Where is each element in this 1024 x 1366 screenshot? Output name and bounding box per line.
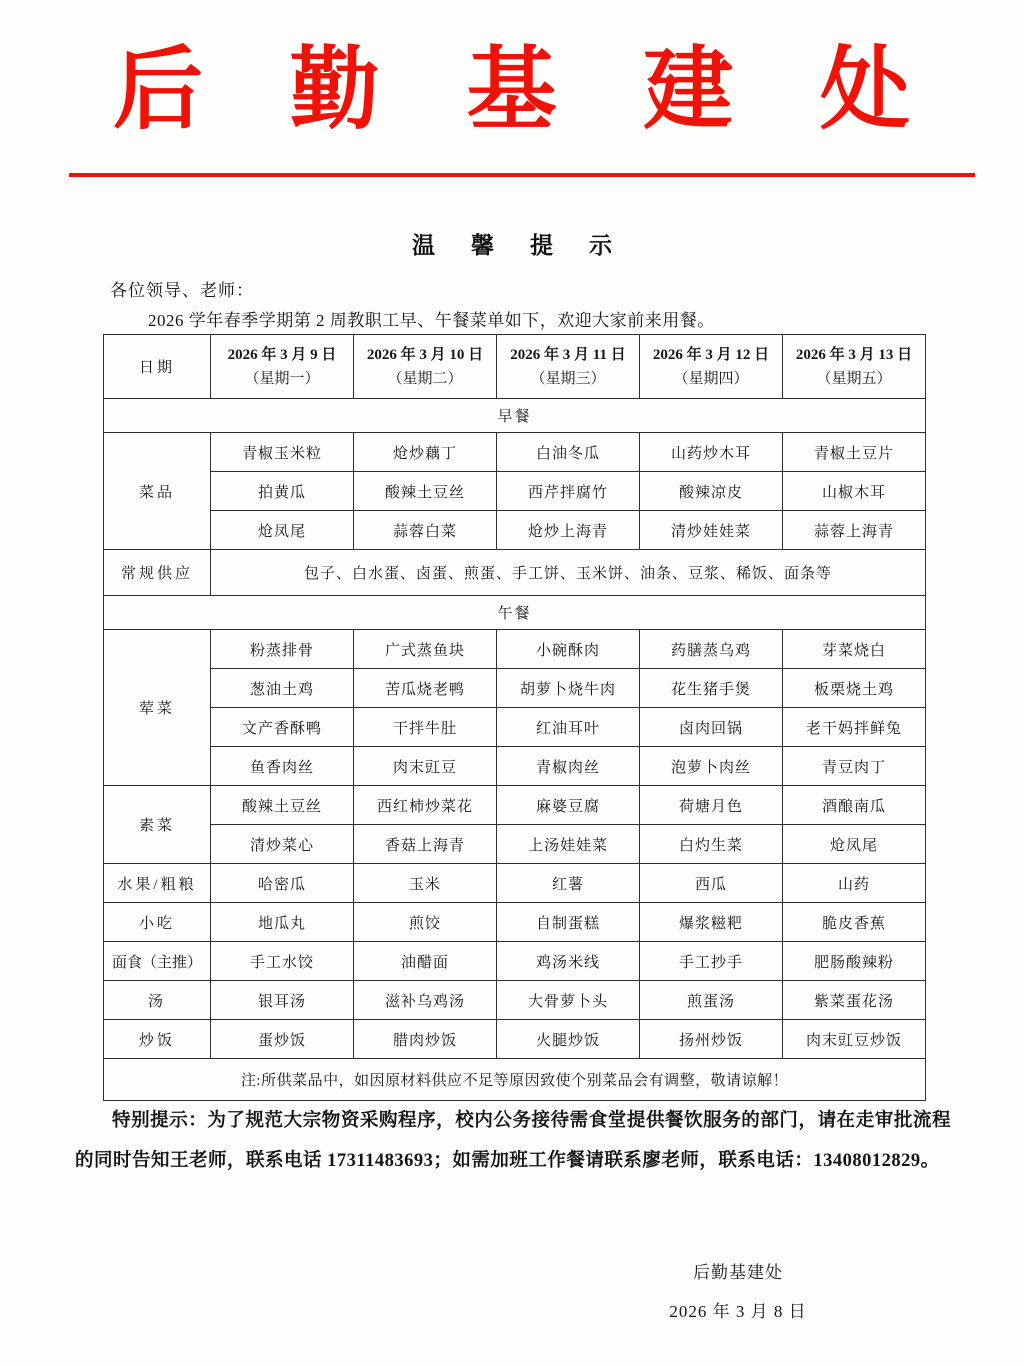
date-cell: 2026 年 3 月 10 日 （星期二） xyxy=(354,335,497,399)
table-row-breakfast-banner: 早餐 xyxy=(104,399,926,433)
menu-cell: 葱油土鸡 xyxy=(211,669,354,708)
menu-cell: 干拌牛肚 xyxy=(354,708,497,747)
menu-cell: 青椒土豆片 xyxy=(783,433,926,472)
menu-cell: 火腿炒饭 xyxy=(497,1020,640,1059)
regular-supply-label-cell: 常规供应 xyxy=(104,550,211,596)
masthead-char: 后 xyxy=(113,44,203,138)
date-text: 2026 年 3 月 10 日 xyxy=(356,343,494,367)
menu-cell: 红油耳叶 xyxy=(497,708,640,747)
date-cell: 2026 年 3 月 13 日 （星期五） xyxy=(783,335,926,399)
dishes-label-cell: 菜品 xyxy=(104,433,211,550)
signature-department: 后勤基建处 xyxy=(693,1258,783,1283)
menu-cell: 白灼生菜 xyxy=(640,825,783,864)
notice-title: 温 馨 提 示 xyxy=(0,227,1024,260)
menu-cell: 泡萝卜肉丝 xyxy=(640,747,783,786)
special-notice: 特别提示：为了规范大宗物资采购程序，校内公务接待需食堂提供餐饮服务的部门，请在走… xyxy=(75,1102,951,1181)
snack-label-cell: 小吃 xyxy=(104,903,211,942)
menu-cell: 荷塘月色 xyxy=(640,786,783,825)
menu-cell: 炝凤尾 xyxy=(783,825,926,864)
menu-cell: 清炒菜心 xyxy=(211,825,354,864)
menu-cell: 煎饺 xyxy=(354,903,497,942)
menu-cell: 粉蒸排骨 xyxy=(211,630,354,669)
menu-cell: 肉末豇豆 xyxy=(354,747,497,786)
menu-cell: 煎蛋汤 xyxy=(640,981,783,1020)
masthead-title: 后 勤 基 建 处 xyxy=(113,44,910,138)
menu-cell: 清炒娃娃菜 xyxy=(640,511,783,550)
table-row-lunch-banner: 午餐 xyxy=(104,596,926,630)
menu-cell: 小碗酥肉 xyxy=(497,630,640,669)
menu-cell: 芽菜烧白 xyxy=(783,630,926,669)
menu-cell: 山药 xyxy=(783,864,926,903)
table-row: 汤 银耳汤 滋补乌鸡汤 大骨萝卜头 煎蛋汤 紫菜蛋花汤 xyxy=(104,981,926,1020)
table-row: 炒饭 蛋炒饭 腊肉炒饭 火腿炒饭 扬州炒饭 肉末豇豆炒饭 xyxy=(104,1020,926,1059)
menu-cell: 银耳汤 xyxy=(211,981,354,1020)
menu-cell: 玉米 xyxy=(354,864,497,903)
menu-cell: 西瓜 xyxy=(640,864,783,903)
menu-cell: 西红柿炒菜花 xyxy=(354,786,497,825)
date-text: 2026 年 3 月 13 日 xyxy=(785,343,923,367)
table-row: 拍黄瓜 酸辣土豆丝 西芹拌腐竹 酸辣凉皮 山椒木耳 xyxy=(104,472,926,511)
date-cell: 2026 年 3 月 11 日 （星期三） xyxy=(497,335,640,399)
date-cell: 2026 年 3 月 12 日 （星期四） xyxy=(640,335,783,399)
menu-cell: 肥肠酸辣粉 xyxy=(783,942,926,981)
menu-cell: 蒜蓉白菜 xyxy=(354,511,497,550)
table-row: 鱼香肉丝 肉末豇豆 青椒肉丝 泡萝卜肉丝 青豆肉丁 xyxy=(104,747,926,786)
table-row-regular-supply: 常规供应 包子、白水蛋、卤蛋、煎蛋、手工饼、玉米饼、油条、豆浆、稀饭、面条等 xyxy=(104,550,926,596)
menu-cell: 扬州炒饭 xyxy=(640,1020,783,1059)
menu-cell: 青豆肉丁 xyxy=(783,747,926,786)
menu-cell: 老干妈拌鲜兔 xyxy=(783,708,926,747)
menu-cell: 紫菜蛋花汤 xyxy=(783,981,926,1020)
menu-cell: 花生猪手煲 xyxy=(640,669,783,708)
table-row-dates: 日期 2026 年 3 月 9 日 （星期一） 2026 年 3 月 10 日 … xyxy=(104,335,926,399)
notice-title-char: 提 xyxy=(530,227,553,260)
menu-cell: 苦瓜烧老鸭 xyxy=(354,669,497,708)
table-row: 面食（主推） 手工水饺 油醋面 鸡汤米线 手工抄手 肥肠酸辣粉 xyxy=(104,942,926,981)
menu-cell: 脆皮香蕉 xyxy=(783,903,926,942)
menu-cell: 西芹拌腐竹 xyxy=(497,472,640,511)
table-row: 小吃 地瓜丸 煎饺 自制蛋糕 爆浆糍粑 脆皮香蕉 xyxy=(104,903,926,942)
notice-title-char: 温 xyxy=(412,227,435,260)
menu-cell: 炝凤尾 xyxy=(211,511,354,550)
table-row: 文产香酥鸭 干拌牛肚 红油耳叶 卤肉回锅 老干妈拌鲜兔 xyxy=(104,708,926,747)
menu-cell: 爆浆糍粑 xyxy=(640,903,783,942)
date-text: 2026 年 3 月 9 日 xyxy=(213,343,351,367)
menu-cell: 卤肉回锅 xyxy=(640,708,783,747)
fried-rice-label-cell: 炒饭 xyxy=(104,1020,211,1059)
menu-cell: 肉末豇豆炒饭 xyxy=(783,1020,926,1059)
notice-title-char: 馨 xyxy=(471,227,494,260)
table-row: 素菜 酸辣土豆丝 西红柿炒菜花 麻婆豆腐 荷塘月色 酒酿南瓜 xyxy=(104,786,926,825)
table-row: 水果/粗粮 哈密瓜 玉米 红薯 西瓜 山药 xyxy=(104,864,926,903)
table-row: 葱油土鸡 苦瓜烧老鸭 胡萝卜烧牛肉 花生猪手煲 板栗烧土鸡 xyxy=(104,669,926,708)
menu-cell: 酒酿南瓜 xyxy=(783,786,926,825)
table-row: 清炒菜心 香菇上海青 上汤娃娃菜 白灼生菜 炝凤尾 xyxy=(104,825,926,864)
weekday-text: （星期二） xyxy=(356,367,494,391)
masthead-char: 基 xyxy=(467,44,557,138)
menu-cell: 上汤娃娃菜 xyxy=(497,825,640,864)
noodle-label-cell: 面食（主推） xyxy=(104,942,211,981)
menu-cell: 蒜蓉上海青 xyxy=(783,511,926,550)
table-row: 菜品 青椒玉米粒 炝炒藕丁 白油冬瓜 山药炒木耳 青椒土豆片 xyxy=(104,433,926,472)
breakfast-banner: 早餐 xyxy=(104,399,926,433)
weekday-text: （星期五） xyxy=(785,367,923,391)
menu-cell: 青椒玉米粒 xyxy=(211,433,354,472)
greeting-line: 各位领导、老师： xyxy=(110,276,254,301)
menu-cell: 蛋炒饭 xyxy=(211,1020,354,1059)
menu-cell: 滋补乌鸡汤 xyxy=(354,981,497,1020)
menu-cell: 酸辣土豆丝 xyxy=(211,786,354,825)
menu-table: 日期 2026 年 3 月 9 日 （星期一） 2026 年 3 月 10 日 … xyxy=(103,334,926,1101)
menu-cell: 哈密瓜 xyxy=(211,864,354,903)
document-page: 后 勤 基 建 处 温 馨 提 示 各位领导、老师： 2026 学年春季学期第 … xyxy=(0,0,1024,1366)
menu-cell: 手工抄手 xyxy=(640,942,783,981)
signature-date: 2026 年 3 月 8 日 xyxy=(669,1297,806,1322)
menu-cell: 鱼香肉丝 xyxy=(211,747,354,786)
masthead-char: 建 xyxy=(643,44,733,138)
intro-line: 2026 学年春季学期第 2 周教职工早、午餐菜单如下，欢迎大家前来用餐。 xyxy=(148,306,715,331)
soup-label-cell: 汤 xyxy=(104,981,211,1020)
menu-cell: 手工水饺 xyxy=(211,942,354,981)
table-row-note: 注:所供菜品中，如因原材料供应不足等原因致使个别菜品会有调整，敬请谅解！ xyxy=(104,1059,926,1101)
menu-cell: 拍黄瓜 xyxy=(211,472,354,511)
menu-cell: 红薯 xyxy=(497,864,640,903)
menu-cell: 大骨萝卜头 xyxy=(497,981,640,1020)
note-cell: 注:所供菜品中，如因原材料供应不足等原因致使个别菜品会有调整，敬请谅解！ xyxy=(104,1059,926,1101)
menu-cell: 地瓜丸 xyxy=(211,903,354,942)
notice-title-char: 示 xyxy=(589,227,612,260)
date-text: 2026 年 3 月 11 日 xyxy=(499,343,637,367)
date-text: 2026 年 3 月 12 日 xyxy=(642,343,780,367)
veg-label-cell: 素菜 xyxy=(104,786,211,864)
date-cell: 2026 年 3 月 9 日 （星期一） xyxy=(211,335,354,399)
menu-cell: 自制蛋糕 xyxy=(497,903,640,942)
menu-cell: 山椒木耳 xyxy=(783,472,926,511)
menu-cell: 炝炒上海青 xyxy=(497,511,640,550)
menu-cell: 胡萝卜烧牛肉 xyxy=(497,669,640,708)
weekday-text: （星期四） xyxy=(642,367,780,391)
menu-cell: 香菇上海青 xyxy=(354,825,497,864)
red-divider xyxy=(69,173,975,177)
menu-cell: 炝炒藕丁 xyxy=(354,433,497,472)
table-row: 炝凤尾 蒜蓉白菜 炝炒上海青 清炒娃娃菜 蒜蓉上海青 xyxy=(104,511,926,550)
table-row: 荤菜 粉蒸排骨 广式蒸鱼块 小碗酥肉 药膳蒸乌鸡 芽菜烧白 xyxy=(104,630,926,669)
menu-cell: 酸辣土豆丝 xyxy=(354,472,497,511)
masthead-char: 勤 xyxy=(290,44,380,138)
menu-cell: 腊肉炒饭 xyxy=(354,1020,497,1059)
masthead-char: 处 xyxy=(820,44,910,138)
menu-cell: 鸡汤米线 xyxy=(497,942,640,981)
menu-cell: 青椒肉丝 xyxy=(497,747,640,786)
meat-label-cell: 荤菜 xyxy=(104,630,211,786)
menu-cell: 山药炒木耳 xyxy=(640,433,783,472)
menu-cell: 药膳蒸乌鸡 xyxy=(640,630,783,669)
menu-cell: 广式蒸鱼块 xyxy=(354,630,497,669)
menu-cell: 酸辣凉皮 xyxy=(640,472,783,511)
date-label-cell: 日期 xyxy=(104,335,211,399)
menu-cell: 麻婆豆腐 xyxy=(497,786,640,825)
menu-cell: 板栗烧土鸡 xyxy=(783,669,926,708)
menu-cell: 文产香酥鸭 xyxy=(211,708,354,747)
menu-cell: 白油冬瓜 xyxy=(497,433,640,472)
regular-supply-cell: 包子、白水蛋、卤蛋、煎蛋、手工饼、玉米饼、油条、豆浆、稀饭、面条等 xyxy=(211,550,926,596)
fruit-label-cell: 水果/粗粮 xyxy=(104,864,211,903)
lunch-banner: 午餐 xyxy=(104,596,926,630)
weekday-text: （星期一） xyxy=(213,367,351,391)
weekday-text: （星期三） xyxy=(499,367,637,391)
menu-cell: 油醋面 xyxy=(354,942,497,981)
